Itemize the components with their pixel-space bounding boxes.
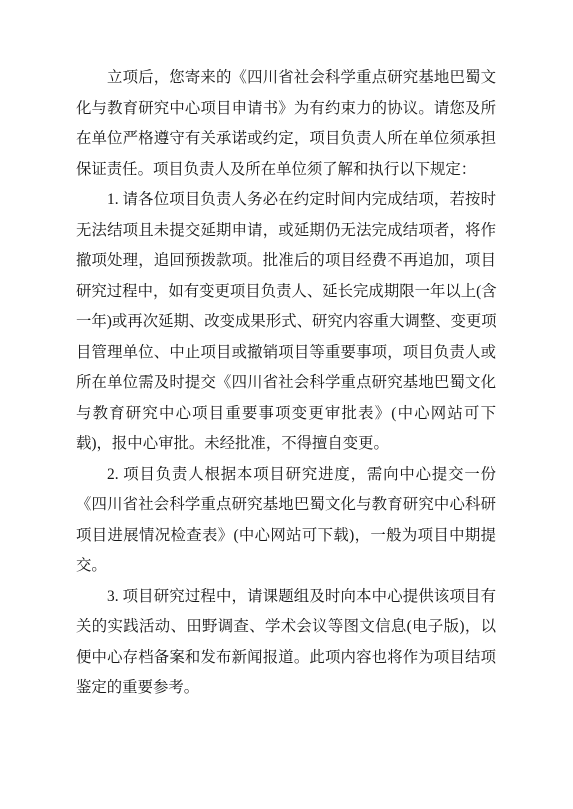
document-text-block: 立项后，您寄来的《四川省社会科学重点研究基地巴蜀文化与教育研究中心项目申请书》为… (76, 63, 496, 704)
text-line: 撤项处理，追回预拨款项。批准后的项目经费不再追加，项目 (76, 246, 496, 277)
text-line: 关的实践活动、田野调查、学术会议等图文信息(电子版)，以 (76, 612, 496, 643)
text-line: 便中心存档备案和发布新闻报道。此项内容也将作为项目结项 (76, 643, 496, 674)
text-line: 目管理单位、中止项目或撤销项目等重要事项，项目负责人或 (76, 338, 496, 369)
text-line: 项目进展情况检查表》(中心网站可下载)，一般为项目中期提 (76, 521, 496, 552)
text-line: 2. 项目负责人根据本项目研究进度，需向中心提交一份 (76, 460, 496, 491)
text-line: 3. 项目研究过程中，请课题组及时向本中心提供该项目有 (76, 582, 496, 613)
text-line: 载)，报中心审批。未经批准，不得擅自变更。 (76, 429, 496, 460)
text-line: 交。 (76, 551, 496, 582)
text-line: 《四川省社会科学重点研究基地巴蜀文化与教育研究中心科研 (76, 490, 496, 521)
text-line: 所在单位需及时提交《四川省社会科学重点研究基地巴蜀文化 (76, 368, 496, 399)
text-line: 鉴定的重要参考。 (76, 673, 496, 704)
text-line: 保证责任。项目负责人及所在单位须了解和执行以下规定： (76, 155, 496, 186)
text-line: 化与教育研究中心项目申请书》为有约束力的协议。请您及所 (76, 94, 496, 125)
text-line: 研究过程中，如有变更项目负责人、延长完成期限一年以上(含 (76, 277, 496, 308)
text-line: 在单位严格遵守有关承诺或约定，项目负责人所在单位须承担 (76, 124, 496, 155)
text-line: 无法结项且未提交延期申请，或延期仍无法完成结项者，将作 (76, 216, 496, 247)
text-line: 1. 请各位项目负责人务必在约定时间内完成结项，若按时 (76, 185, 496, 216)
text-line: 与教育研究中心项目重要事项变更审批表》(中心网站可下 (76, 399, 496, 430)
document-page: 立项后，您寄来的《四川省社会科学重点研究基地巴蜀文化与教育研究中心项目申请书》为… (0, 0, 573, 809)
text-line: 一年)或再次延期、改变成果形式、研究内容重大调整、变更项 (76, 307, 496, 338)
text-line: 立项后，您寄来的《四川省社会科学重点研究基地巴蜀文 (76, 63, 496, 94)
